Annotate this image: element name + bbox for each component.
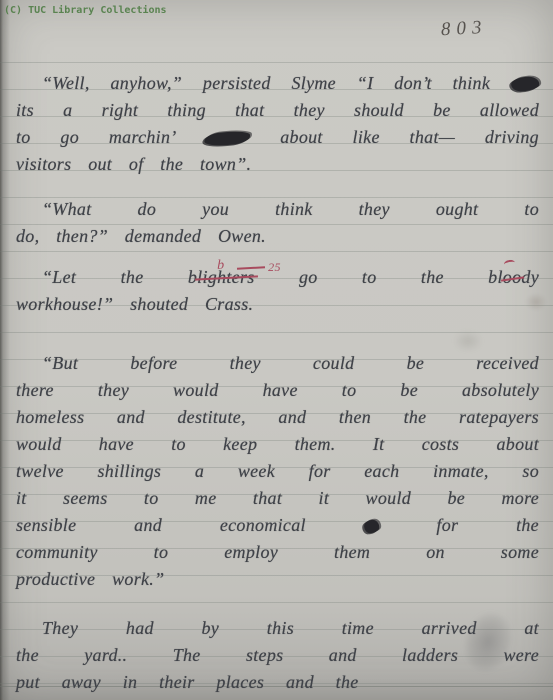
paragraph-1: “Well, anyhow,” persisted Slyme “I don’t… — [16, 70, 539, 178]
paragraph-5: They had by this time arrived at the yar… — [16, 615, 539, 696]
line-text: there they would have to be absolutely — [16, 380, 539, 400]
line-text: sensible and economical — [16, 515, 306, 535]
red-edit-region: lightersb25 — [197, 267, 254, 287]
line-text: “What do you think they ought to — [42, 199, 539, 219]
line-text: about like that— driving — [280, 127, 539, 147]
line-text: go to the bl — [255, 267, 503, 287]
scribbled-out-word — [204, 130, 251, 147]
line-text: workhouse!” shouted Crass. — [16, 294, 253, 314]
handwritten-line: put away in their places and the — [16, 669, 539, 696]
paragraph-4: “But before they could be received there… — [16, 350, 539, 593]
line-text: “But before they could be received — [42, 353, 539, 373]
handwritten-line: the yard.. The steps and ladders were — [16, 642, 539, 669]
line-text: to go marchin’ — [16, 127, 175, 147]
red-dash — [237, 267, 265, 270]
line-text: “Well, anyhow,” persisted Slyme “I don’t… — [42, 73, 490, 93]
handwritten-line: community to employ them on some — [16, 539, 539, 566]
paragraph-3: “Let the blightersb25 go to the bloody w… — [16, 264, 539, 318]
line-text: twelve shillings a week for each inmate,… — [16, 461, 539, 481]
line-text: its a right thing that they should be al… — [16, 100, 539, 120]
handwritten-line: sensible and economical for the — [16, 512, 539, 539]
line-text: put away in their places and the — [16, 672, 359, 692]
page-number: 803 — [440, 17, 488, 41]
line-text: “Let the b — [42, 267, 197, 287]
handwritten-content: “Well, anyhow,” persisted Slyme “I don’t… — [0, 0, 553, 696]
handwritten-line: would have to keep them. It costs about — [16, 431, 539, 458]
line-text: dy — [521, 267, 539, 287]
manuscript-page: (C) TUC Library Collections 803 “Well, a… — [0, 0, 553, 700]
line-text: visitors out of the town”. — [16, 154, 251, 174]
handwritten-line: “What do you think they ought to — [16, 196, 539, 223]
handwritten-line: to go marchin’ about like that— driving — [16, 124, 539, 151]
handwritten-line: homeless and destitute, and then the rat… — [16, 404, 539, 431]
ink-blot — [511, 76, 540, 92]
line-text: homeless and destitute, and then the rat… — [16, 407, 539, 427]
handwritten-line: visitors out of the town”. — [16, 151, 539, 178]
line-text: community to employ them on some — [16, 542, 539, 562]
red-edit-number-text: 25 — [268, 260, 281, 274]
handwritten-line: productive work.” — [16, 566, 539, 593]
line-text: would have to keep them. It costs about — [16, 434, 539, 454]
copyright-watermark: (C) TUC Library Collections — [4, 5, 167, 16]
handwritten-line: do, then?” demanded Owen. — [16, 223, 539, 250]
paragraph-2: “What do you think they ought to do, the… — [16, 196, 539, 250]
line-text: They had by this time arrived at — [42, 618, 539, 638]
handwritten-line: “Well, anyhow,” persisted Slyme “I don’t… — [16, 70, 539, 97]
ink-blot — [363, 519, 379, 533]
handwritten-line: twelve shillings a week for each inmate,… — [16, 458, 539, 485]
line-text: productive work.” — [16, 569, 164, 589]
handwritten-line: its a right thing that they should be al… — [16, 97, 539, 124]
line-text: do, then?” demanded Owen. — [16, 226, 266, 246]
handwritten-line: it seems to me that it would be more — [16, 485, 539, 512]
handwritten-line: “But before they could be received — [16, 350, 539, 377]
line-text: for the — [436, 515, 539, 535]
handwritten-line: workhouse!” shouted Crass. — [16, 291, 539, 318]
line-text: it seems to me that it would be more — [16, 488, 539, 508]
handwritten-line-with-edits: “Let the blightersb25 go to the bloody — [16, 264, 539, 291]
handwritten-line: there they would have to be absolutely — [16, 377, 539, 404]
line-text: the yard.. The steps and ladders were — [16, 645, 539, 665]
handwritten-line: They had by this time arrived at — [16, 615, 539, 642]
red-strikethrough-letters: oo — [503, 267, 522, 287]
red-edit-number: 25 — [211, 254, 281, 281]
